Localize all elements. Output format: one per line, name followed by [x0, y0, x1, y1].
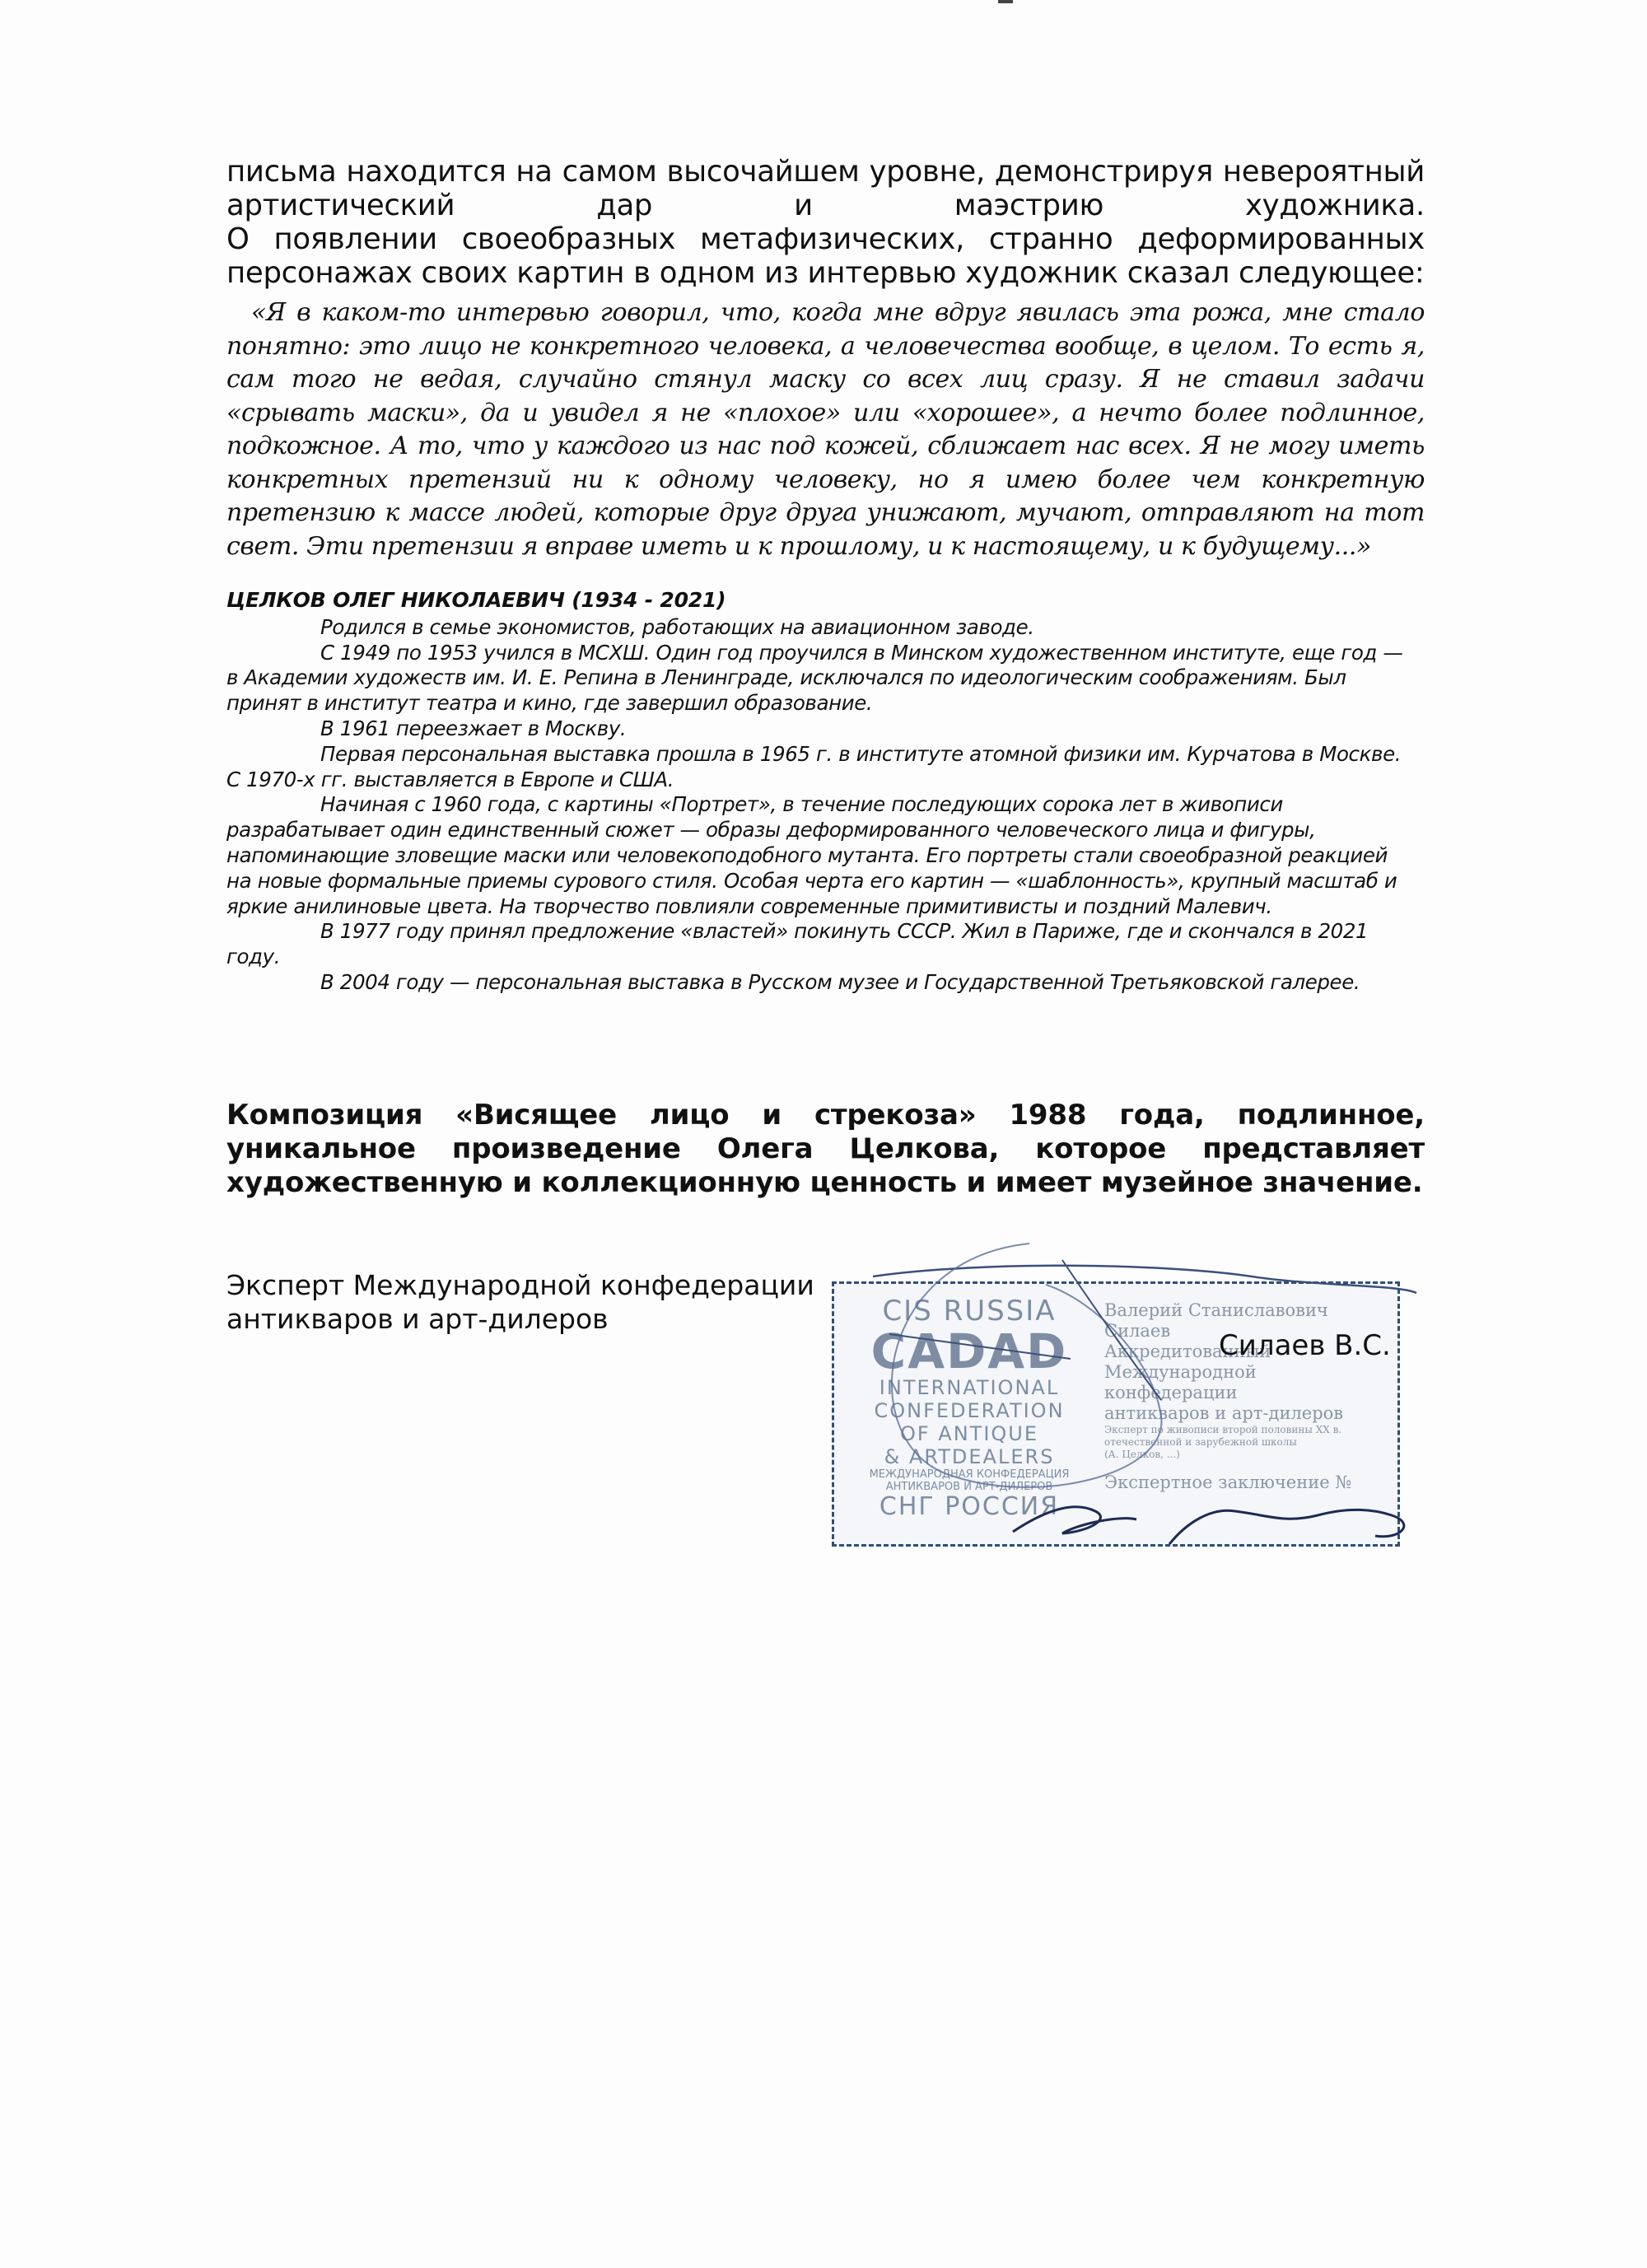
intro-paragraph-2: О появлении своеобразных метафизических,…	[226, 222, 1425, 290]
conclusion-text: Композиция «Висящее лицо и стрекоза» 198…	[226, 1099, 1425, 1200]
expert-line-2: антикваров и арт-дилеров	[226, 1302, 836, 1336]
quote-text: «Я в каком-то интервью говорил, что, ког…	[226, 296, 1425, 563]
biography-paragraph: В 2004 году — персональная выставка в Ру…	[226, 970, 1412, 996]
conclusion-section: Композиция «Висящее лицо и стрекоза» 198…	[226, 1099, 1425, 1200]
biography-paragraph: С 1949 по 1953 учился в МСХШ. Один год п…	[226, 641, 1412, 716]
scan-mark	[998, 0, 1013, 3]
biography-paragraph: Первая персональная выставка прошла в 19…	[226, 742, 1412, 793]
expert-name: Силаев В.С.	[1219, 1329, 1391, 1362]
biography-section: ЦЕЛКОВ ОЛЕГ НИКОЛАЕВИЧ (1934 - 2021) Род…	[226, 588, 1412, 996]
biography-paragraph: Родился в семье экономистов, работающих …	[226, 615, 1412, 641]
biography-paragraph: Начиная с 1960 года, с картины «Портрет»…	[226, 792, 1412, 919]
intro-paragraph-1: письма находится на самом высочайшем уро…	[226, 155, 1425, 222]
expert-title: Эксперт Международной конфедерации антик…	[226, 1268, 836, 1336]
document-page: письма находится на самом высочайшем уро…	[0, 0, 1647, 2268]
biography-paragraph: В 1977 году принял предложение «властей»…	[226, 919, 1412, 970]
artist-quote: «Я в каком-то интервью говорил, что, ког…	[226, 296, 1425, 563]
signature-icon	[823, 1227, 1482, 1565]
biography-paragraph: В 1961 переезжает в Москву.	[226, 716, 1412, 742]
expert-line-1: Эксперт Международной конфедерации	[226, 1268, 836, 1302]
intro-section: письма находится на самом высочайшем уро…	[226, 155, 1425, 290]
biography-heading: ЦЕЛКОВ ОЛЕГ НИКОЛАЕВИЧ (1934 - 2021)	[226, 588, 1412, 614]
